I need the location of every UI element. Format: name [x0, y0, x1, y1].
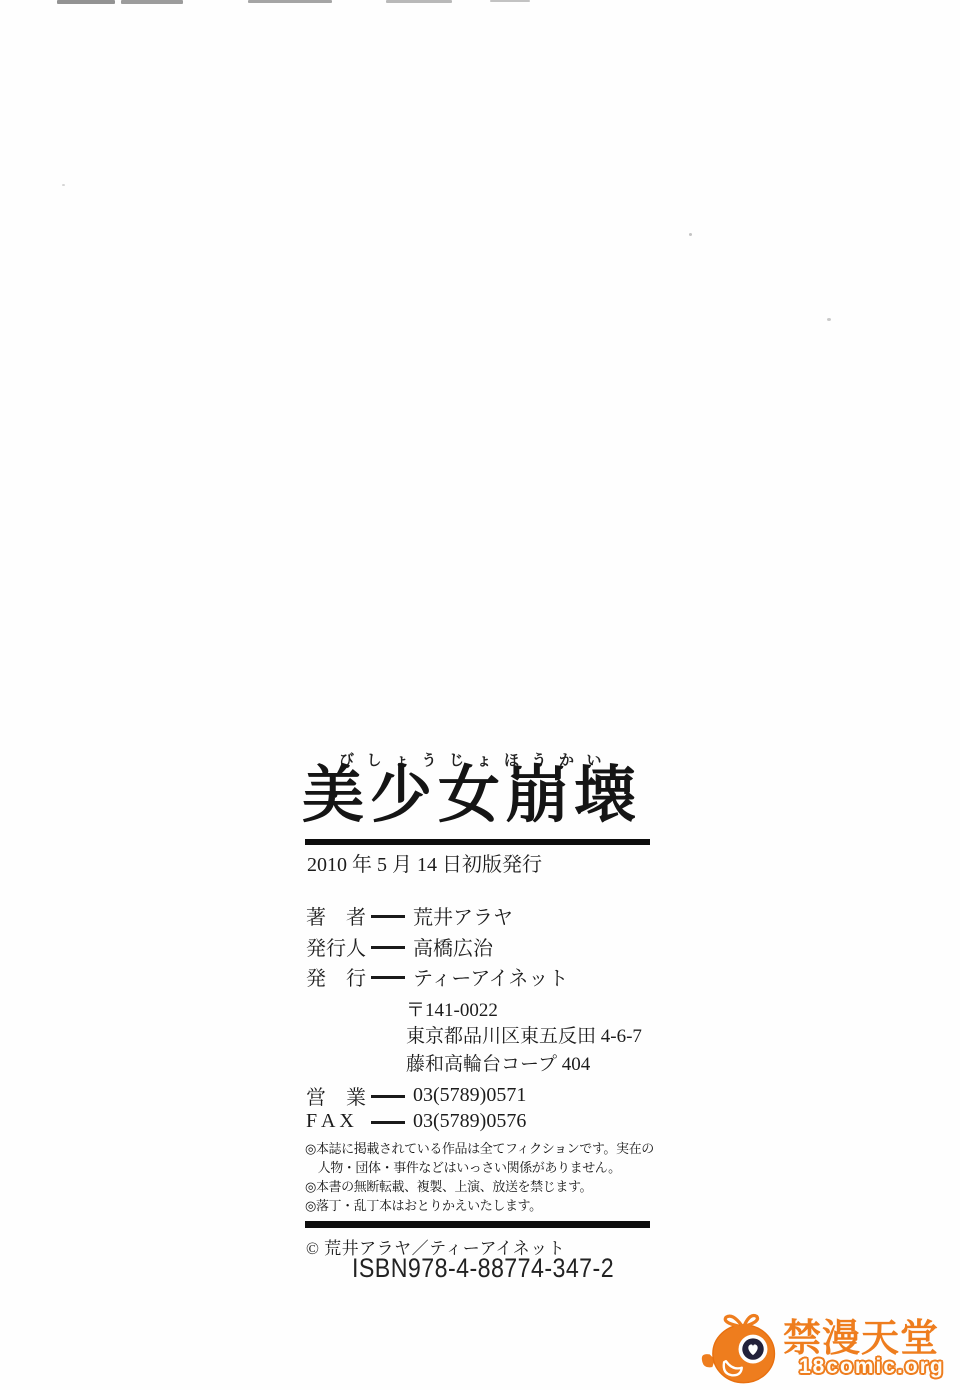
notice-line: ◎本誌に掲載されている作品は全てフィクションです。実在の [305, 1139, 661, 1158]
colophon-row-publisher-person: 発行人 高橋広治 [306, 932, 493, 961]
address-line: 藤和高輪台コープ 404 [406, 1049, 590, 1076]
colophon-row-fax: F A X 03(5789)0576 [306, 1110, 526, 1133]
dash-rule [371, 946, 405, 949]
row-value: ティーアイネット [413, 962, 568, 991]
divider-bottom [305, 1221, 650, 1228]
colophon-row-publisher: 発 行 ティーアイネット [306, 962, 568, 991]
dash-rule [371, 976, 405, 979]
notice-line: ◎落丁・乱丁本はおとりかえいたします。 [305, 1196, 661, 1215]
watermark-brand: 禁漫天堂 [783, 1320, 945, 1358]
row-value: 荒井アラヤ [413, 901, 513, 930]
watermark-logo: 禁漫天堂 18comic.org [697, 1311, 955, 1389]
scan-artifact [57, 0, 115, 4]
colophon-row-sales-phone: 営 業 03(5789)0571 [306, 1081, 526, 1110]
notice-line: ◎本書の無断転載、複製、上演、放送を禁じます。 [305, 1177, 661, 1196]
notice-line: 人物・団体・事件などはいっさい関係がありません。 [305, 1158, 661, 1177]
address-line: 東京都品川区東五反田 4-6-7 [406, 1021, 642, 1048]
row-label: 営 業 [306, 1081, 369, 1110]
colophon-page: びしょうじょほうかい 美少女崩壊 2010 年 5 月 14 日初版発行 著 者… [0, 0, 960, 1390]
scan-speck [689, 233, 692, 236]
scan-speck [62, 184, 65, 186]
row-label: 著 者 [306, 901, 369, 930]
dash-rule [371, 1121, 405, 1124]
scan-artifact [386, 0, 452, 3]
scan-artifact [121, 0, 183, 4]
row-value: 03(5789)0576 [413, 1110, 526, 1133]
row-label: 発行人 [306, 932, 369, 961]
book-title: 美少女崩壊 [302, 762, 642, 830]
postal-code: 〒141-0022 [406, 995, 498, 1022]
scan-artifact [490, 0, 530, 2]
divider-top [305, 839, 650, 845]
watermark-site: 18comic.org [799, 1355, 945, 1379]
isbn-number: ISBN978-4-88774-347-2 [352, 1253, 614, 1284]
row-label: F A X [306, 1110, 369, 1133]
dash-rule [371, 915, 405, 918]
dash-rule [371, 1095, 405, 1098]
scan-speck [827, 318, 831, 321]
row-label: 発 行 [306, 962, 369, 991]
edition-date: 2010 年 5 月 14 日初版発行 [307, 848, 542, 877]
row-value: 03(5789)0571 [413, 1084, 526, 1107]
watermark-text: 禁漫天堂 18comic.org [783, 1311, 945, 1379]
legal-notices: ◎本誌に掲載されている作品は全てフィクションです。実在の 人物・団体・事件などは… [305, 1139, 661, 1215]
scan-artifact [248, 0, 332, 3]
colophon-row-author: 著 者 荒井アラヤ [306, 901, 513, 930]
row-value: 高橋広治 [413, 932, 493, 961]
mascot-bird-icon [697, 1311, 781, 1389]
